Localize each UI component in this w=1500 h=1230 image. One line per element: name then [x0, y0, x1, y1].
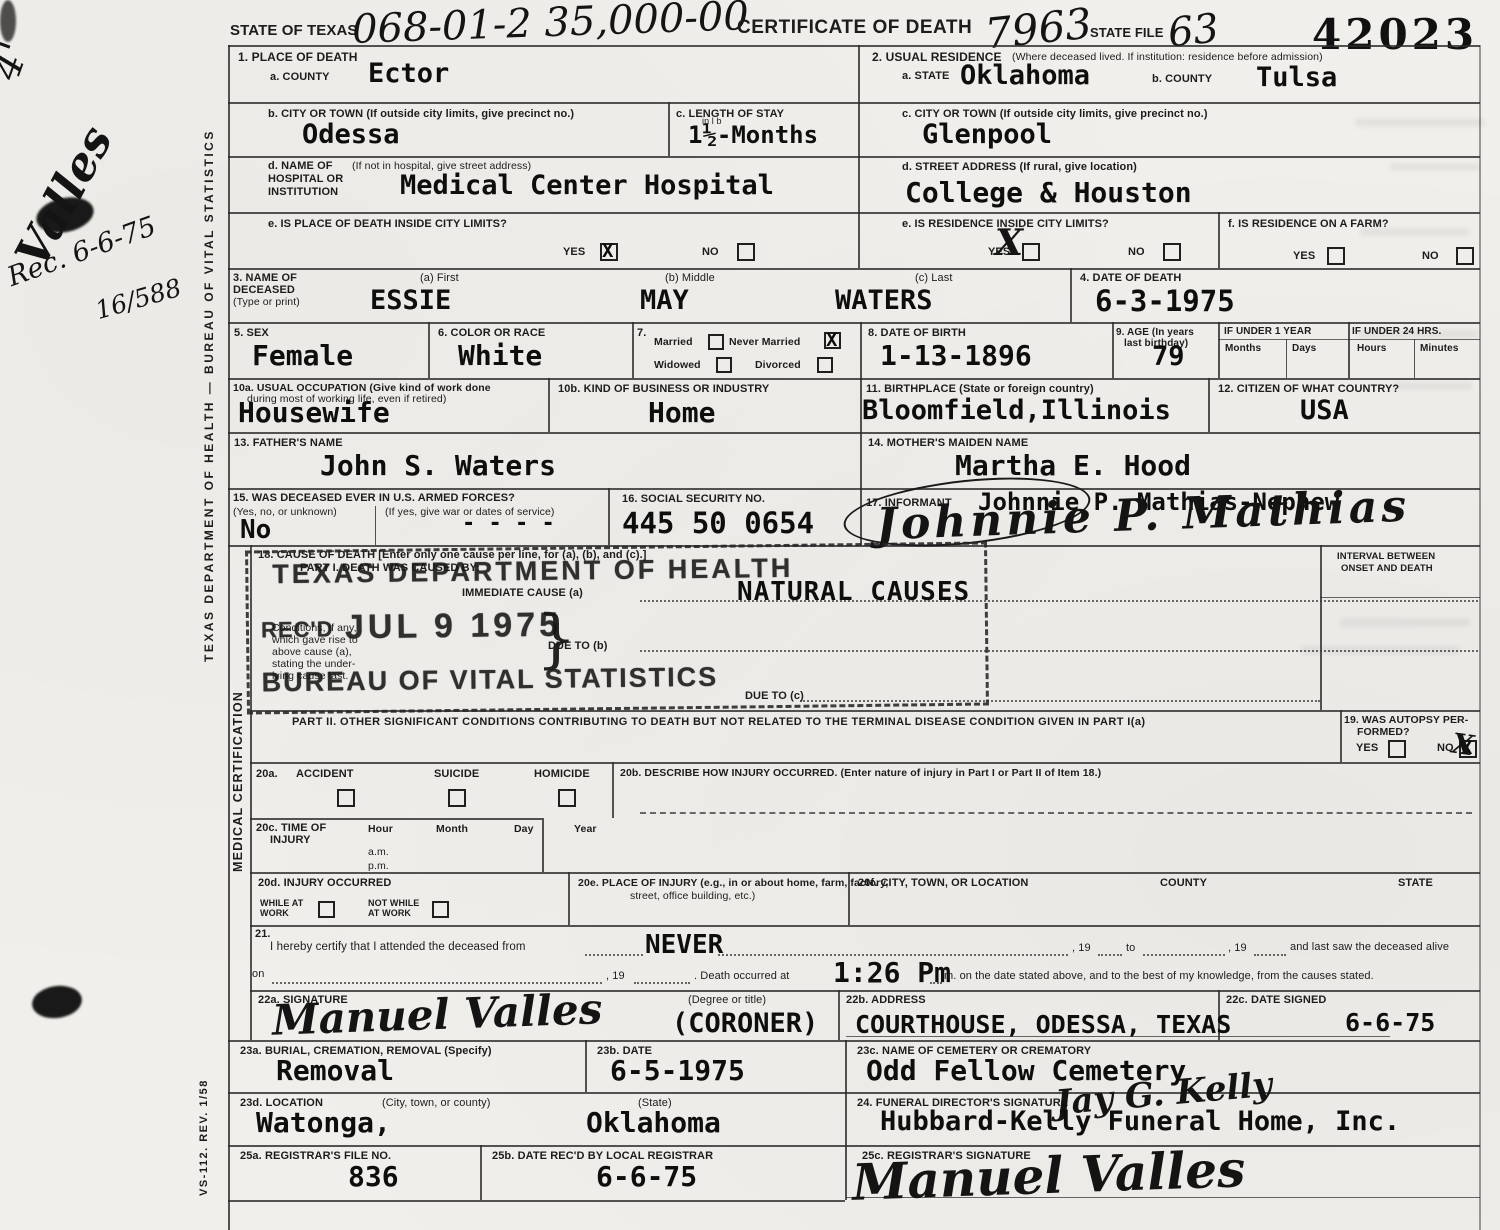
burial-city-value: Watonga, — [256, 1106, 391, 1139]
border-line — [228, 322, 1480, 324]
address-label: 22b. ADDRESS — [846, 994, 926, 1006]
business-industry-value: Home — [648, 396, 715, 429]
border-line — [668, 102, 670, 156]
border-line — [228, 432, 1480, 434]
sex-value: Female — [252, 339, 353, 372]
hospital-name-label: d. NAME OF — [268, 160, 333, 172]
name-of-deceased-label2: DECEASED — [233, 284, 295, 296]
marital-status-label: 7. — [637, 327, 646, 339]
months-label: Months — [1225, 343, 1261, 354]
death-occurred-text: . Death occurred at — [694, 970, 789, 982]
part2-label: PART II. OTHER SIGNIFICANT CONDITIONS CO… — [292, 716, 1145, 728]
attended-from-value: NEVER — [645, 930, 723, 960]
checkbox-divorced — [817, 357, 833, 373]
injury-city-label: 20f. CITY, TOWN, OR LOCATION — [858, 877, 1028, 889]
border-line — [228, 1200, 845, 1202]
interval-label1: INTERVAL BETWEEN — [1337, 551, 1435, 562]
border-line — [228, 1145, 1480, 1147]
border-line — [548, 378, 550, 432]
state-of-texas-label: STATE OF TEXAS — [230, 22, 358, 39]
checkbox-place-limits-no — [737, 243, 755, 261]
border-line — [1112, 322, 1114, 378]
ink-blot — [30, 983, 84, 1022]
never-married-label: Never Married — [729, 336, 800, 348]
margin-handwritten-tick: 4' — [0, 36, 38, 86]
margin-medical-certification-text: MEDICAL CERTIFICATION — [231, 691, 245, 872]
border-line — [1218, 212, 1220, 268]
certify-line — [634, 982, 690, 984]
death-certificate-scan: TEXAS DEPARTMENT OF HEALTH — BUREAU OF V… — [0, 0, 1500, 1230]
handwritten-check-x: X — [1450, 727, 1476, 763]
time-of-death-value: 1:26 Pm — [833, 956, 951, 989]
border-line — [428, 322, 430, 378]
checkbox-while-at-work — [318, 901, 335, 918]
date-received-value: 6-6-75 — [596, 1160, 697, 1193]
fathers-name-value: John S. Waters — [320, 449, 556, 482]
registrar-signature: Manuel Valles — [851, 1139, 1246, 1212]
place-of-death-label: 1. PLACE OF DEATH — [238, 50, 358, 64]
ssn-value: 445 50 0654 — [622, 506, 814, 540]
checkbox-never-married: X — [824, 332, 841, 349]
accident-label: ACCIDENT — [296, 768, 354, 780]
scan-edge-mark — [0, 0, 16, 42]
burial-state-value: Oklahoma — [586, 1106, 721, 1139]
date-of-death-value: 6-3-1975 — [1095, 284, 1235, 318]
street-address-label: d. STREET ADDRESS (If rural, give locati… — [902, 161, 1137, 173]
received-stamp: TEXAS DEPARTMENT OF HEALTH REC'D JUL 9 1… — [245, 541, 989, 714]
border-line — [838, 990, 840, 1040]
while-at-work-label2: WORK — [260, 908, 289, 918]
if-under-1-year-label: IF UNDER 1 YEAR — [1224, 326, 1311, 337]
border-line — [1414, 339, 1415, 378]
border-line — [1348, 322, 1350, 378]
citizen-value: USA — [1300, 395, 1349, 426]
place-death-city-limits-label: e. IS PLACE OF DEATH INSIDE CITY LIMITS? — [268, 218, 507, 230]
check-x: X — [602, 240, 613, 262]
time-of-injury-label2: INJURY — [270, 834, 311, 846]
color-race-label: 6. COLOR OR RACE — [438, 327, 545, 339]
checkbox-residence-limits-no — [1163, 243, 1181, 261]
border-line — [250, 925, 1480, 927]
funeral-home-value: Hubbard-Kelly Funeral Home, Inc. — [880, 1106, 1400, 1137]
describe-injury-label: 20b. DESCRIBE HOW INJURY OCCURRED. (Ente… — [620, 767, 1101, 779]
suicide-label: SUICIDE — [434, 768, 479, 780]
border-line — [250, 762, 1480, 764]
armed-forces-value: No — [240, 515, 271, 545]
age-label: 9. AGE (In years — [1116, 327, 1194, 338]
no-label: NO — [1128, 246, 1145, 258]
border-line — [228, 102, 1480, 104]
border-line — [845, 1040, 847, 1200]
length-of-stay-value: 1½-Months — [688, 121, 818, 149]
year-19-blank: , 19 — [606, 970, 625, 982]
border-line — [1340, 710, 1342, 762]
border-line — [585, 1040, 587, 1092]
certify-line — [1254, 954, 1286, 956]
stamp-date: JUL 9 1975 — [345, 606, 563, 648]
border-line — [1070, 268, 1072, 322]
day-label: Day — [514, 823, 534, 835]
injury-answer-line — [640, 812, 1472, 814]
days-label: Days — [1292, 343, 1316, 354]
while-at-work-label1: WHILE AT — [260, 898, 303, 908]
handwritten-state-file-number: 63 — [1166, 5, 1221, 56]
checkbox-accident — [337, 789, 355, 807]
border-line — [632, 322, 634, 378]
border-line — [250, 818, 542, 820]
hour-label: Hour — [368, 823, 393, 835]
coroner-title-value: (CORONER) — [672, 1008, 818, 1039]
homicide-label: HOMICIDE — [534, 768, 590, 780]
hospital-name-label3: INSTITUTION — [268, 186, 338, 198]
checkbox-farm-yes — [1327, 247, 1345, 265]
degree-or-title-label: (Degree or title) — [688, 994, 766, 1006]
interval-label2: ONSET AND DEATH — [1341, 563, 1433, 574]
ssn-label: 16. SOCIAL SECURITY NO. — [622, 493, 765, 505]
bleed-through-smudge — [1390, 163, 1480, 171]
bleed-through-smudge — [1340, 618, 1470, 627]
residence-state-value: Oklahoma — [960, 60, 1090, 91]
injury-occurred-label: 20d. INJURY OCCURRED — [258, 877, 391, 889]
year-19-blank: , 19 — [1228, 942, 1247, 954]
residence-county-value: Tulsa — [1256, 62, 1337, 93]
registrar-file-no-value: 836 — [348, 1160, 399, 1193]
checkbox-married — [708, 334, 724, 350]
mothers-maiden-name-label: 14. MOTHER'S MAIDEN NAME — [868, 437, 1028, 449]
border-line — [1208, 378, 1210, 432]
birthplace-label: 11. BIRTHPLACE (State or foreign country… — [866, 383, 1094, 395]
residence-county-label: b. COUNTY — [1152, 73, 1212, 85]
last-name-label: (c) Last — [915, 272, 952, 284]
length-of-stay-label: c. LENGTH OF STAY — [676, 108, 784, 120]
not-while-at-work-label1: NOT WHILE — [368, 898, 419, 908]
year-label: Year — [574, 823, 597, 835]
name-of-deceased-hint: (Type or print) — [233, 296, 300, 308]
checkbox-widowed — [716, 357, 732, 373]
burial-removal-value: Removal — [276, 1054, 394, 1087]
item-21-number: 21. — [255, 928, 271, 940]
certify-line — [1143, 954, 1225, 956]
minutes-label: Minutes — [1420, 343, 1458, 354]
border-line — [228, 1040, 1480, 1042]
autopsy-label2: FORMED? — [1357, 726, 1410, 738]
form-number-text: VS-112. REV. 1/58 — [198, 1079, 210, 1196]
residence-state-label: a. STATE — [902, 70, 949, 82]
form-left-border — [228, 45, 230, 1230]
occupation-value: Housewife — [238, 396, 390, 429]
county-label: a. COUNTY — [270, 71, 330, 83]
middle-name-label: (b) Middle — [665, 272, 715, 284]
time-of-injury-label1: 20c. TIME OF — [256, 822, 326, 834]
hospital-name-value: Medical Center Hospital — [400, 170, 774, 201]
border-line — [542, 818, 544, 872]
certify-text2: and last saw the deceased alive — [1290, 941, 1449, 953]
border-line — [858, 45, 860, 268]
birthplace-value: Bloomfield,Illinois — [862, 395, 1171, 426]
certificate-title: CERTIFICATE OF DEATH — [737, 17, 972, 39]
business-industry-label: 10b. KIND OF BUSINESS OR INDUSTRY — [558, 383, 769, 395]
checkbox-not-while-at-work — [432, 901, 449, 918]
border-line — [375, 506, 376, 545]
armed-forces-service-value: - - - - — [462, 511, 555, 536]
certify-text1: I hereby certify that I attended the dec… — [270, 941, 526, 953]
border-line — [1286, 339, 1287, 378]
state-file-label: STATE FILE — [1090, 25, 1163, 40]
certify-text3: m. on the date stated above, and to the … — [944, 970, 1374, 982]
sex-label: 5. SEX — [234, 327, 269, 339]
bleed-through-smudge — [1355, 118, 1485, 127]
no-label: NO — [1422, 250, 1439, 262]
month-label: Month — [436, 823, 468, 835]
border-line — [228, 156, 1480, 158]
yes-label: YES — [1356, 742, 1378, 754]
no-label: NO — [702, 246, 719, 258]
border-line — [480, 1145, 482, 1200]
checkbox-suicide — [448, 789, 466, 807]
border-line — [1320, 545, 1322, 710]
armed-forces-label: 15. WAS DECEASED EVER IN U.S. ARMED FORC… — [233, 492, 515, 504]
divorced-label: Divorced — [755, 359, 801, 371]
date-signed-label: 22c. DATE SIGNED — [1226, 994, 1326, 1006]
place-of-injury-label1: 20e. PLACE OF INJURY (e.g., in or about … — [578, 877, 888, 889]
am-label: a.m. — [368, 846, 389, 858]
border-line — [612, 762, 614, 818]
border-line — [228, 45, 1480, 47]
border-line — [228, 1092, 1480, 1094]
date-signed-value: 6-6-75 — [1345, 1008, 1435, 1037]
first-name-value: ESSIE — [370, 285, 451, 316]
checkbox-autopsy-yes — [1388, 740, 1406, 758]
checkbox-place-limits-yes: X — [600, 243, 618, 261]
married-label: Married — [654, 336, 693, 348]
stamp-recd: REC'D — [261, 616, 334, 643]
checkbox-residence-limits-yes — [1022, 243, 1040, 261]
place-of-injury-label2: street, office building, etc.) — [630, 890, 755, 902]
city-town-county-hint: (City, town, or county) — [382, 1097, 490, 1109]
citizen-label: 12. CITIZEN OF WHAT COUNTRY? — [1218, 383, 1399, 395]
yes-label: YES — [1293, 250, 1315, 262]
residence-farm-label: f. IS RESIDENCE ON A FARM? — [1228, 218, 1389, 230]
autopsy-label1: 19. WAS AUTOPSY PER- — [1344, 714, 1468, 726]
stamp-line1: TEXAS DEPARTMENT OF HEALTH — [272, 553, 793, 590]
border-line — [608, 488, 610, 545]
not-while-at-work-label2: AT WORK — [368, 908, 411, 918]
coroner-signature: Manuel Valles — [271, 984, 603, 1044]
check-x: X — [826, 329, 837, 351]
fathers-name-label: 13. FATHER'S NAME — [234, 437, 343, 449]
burial-date-value: 6-5-1975 — [610, 1054, 745, 1087]
middle-name-value: MAY — [640, 285, 689, 316]
last-name-value: WATERS — [835, 285, 933, 316]
color-race-value: White — [458, 339, 542, 372]
year-19-blank: , 19 — [1072, 942, 1091, 954]
border-line — [228, 268, 1480, 270]
if-under-24-hrs-label: IF UNDER 24 HRS. — [1352, 326, 1441, 337]
injury-county-label: COUNTY — [1160, 877, 1207, 889]
address-value: COURTHOUSE, ODESSA, TEXAS — [855, 1010, 1231, 1039]
residence-city-value: Glenpool — [922, 119, 1052, 150]
injury-state-label: STATE — [1398, 877, 1433, 889]
place-city-value: Odessa — [302, 119, 400, 150]
checkbox-homicide — [558, 789, 576, 807]
border-line — [228, 212, 1480, 214]
checkbox-farm-no — [1456, 247, 1474, 265]
date-of-death-label: 4. DATE OF DEATH — [1080, 272, 1181, 284]
handwritten-check-x: X — [995, 222, 1023, 264]
certify-line — [585, 954, 643, 956]
item-20a-number: 20a. — [256, 768, 278, 780]
certify-line — [1098, 954, 1122, 956]
to-text: to — [1126, 942, 1135, 954]
hours-label: Hours — [1357, 343, 1386, 354]
name-of-deceased-label: 3. NAME OF — [233, 272, 297, 284]
pm-label: p.m. — [368, 860, 389, 872]
on-text: on — [252, 968, 264, 980]
border-line — [1218, 322, 1220, 378]
form-right-border — [1479, 45, 1481, 1230]
widowed-label: Widowed — [654, 359, 701, 371]
age-value: 79 — [1152, 341, 1185, 372]
certificate-serial-number: 42023 — [1312, 10, 1478, 59]
bleed-through-smudge — [1392, 382, 1472, 390]
stamp-line2: BUREAU OF VITAL STATISTICS — [261, 662, 718, 699]
border-line — [1320, 597, 1480, 598]
hospital-name-label2: HOSPITAL OR — [268, 173, 343, 185]
yes-label: YES — [563, 246, 585, 258]
place-county-value: Ector — [368, 58, 449, 89]
first-name-label: (a) First — [420, 272, 459, 284]
border-line — [568, 872, 570, 925]
date-of-birth-value: 1-13-1896 — [880, 339, 1032, 372]
street-address-value: College & Houston — [905, 176, 1192, 209]
border-line — [228, 378, 1480, 380]
margin-agency-text: TEXAS DEPARTMENT OF HEALTH — BUREAU OF V… — [202, 129, 216, 662]
border-line — [250, 872, 1480, 874]
date-of-birth-label: 8. DATE OF BIRTH — [868, 327, 966, 339]
margin-handwritten-number: 16/588 — [92, 273, 185, 325]
certify-line — [272, 982, 602, 984]
